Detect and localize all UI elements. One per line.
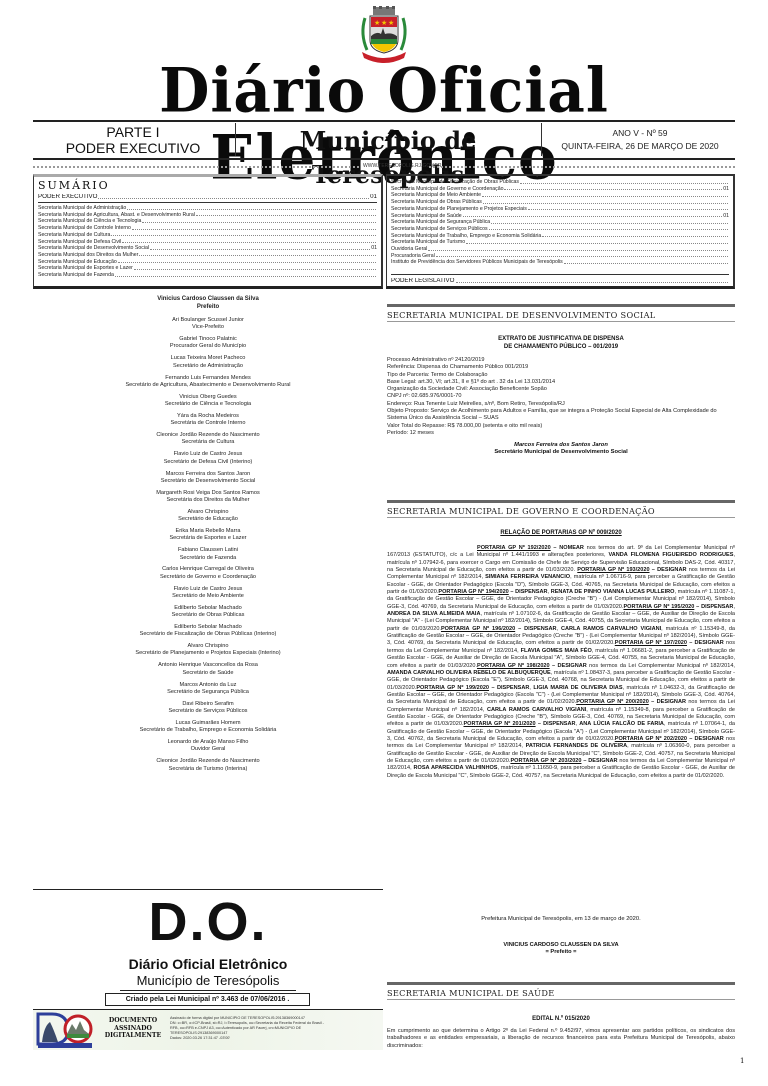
official-entry: Edilberto Sebolar MachadoSecretário de F…: [33, 624, 383, 639]
toc-item[interactable]: Secretaria Municipal de Planejamento e P…: [391, 206, 729, 213]
official-name: Vinicius Cardoso Claussen da Silva: [33, 296, 383, 304]
toc-item-label: Secretaria Municipal de Serviços Público…: [391, 226, 488, 233]
toc-item-label: Secretaria Municipal de Trabalho, Empreg…: [391, 233, 541, 240]
toc-item-label: Secretaria Municipal de Turismo: [391, 239, 465, 246]
header-divider: [235, 123, 236, 156]
toc-item-label: Secretaria Municipal de Educação: [38, 259, 117, 266]
toc-item[interactable]: Secretaria Municipal de Serviços Público…: [391, 226, 729, 233]
edition-number: ANO V - Nº 59: [545, 127, 735, 140]
portaria-action: NOMEAR: [559, 545, 584, 551]
toc-item-label: Secretaria Municipal de Defesa Civil: [38, 239, 121, 246]
official-name: Leonardo de Araújo Manso Filho: [33, 739, 383, 746]
official-entry: Cleonice Jordão Rezende do NascimentoSec…: [33, 758, 383, 773]
official-entry: Davi Ribeiro SerafimSecretário de Serviç…: [33, 701, 383, 716]
doc-title-social: EXTRATO DE JUSTIFICATIVA DE DISPENSA DE …: [387, 336, 735, 351]
official-role: Secretário de Defesa Civil (Interino): [33, 459, 383, 466]
official-role: Secretário de Ciência e Tecnologia: [33, 401, 383, 408]
official-role: Secretário de Meio Ambiente: [33, 593, 383, 600]
official-role: Secretário de Planejamento e Projetos Es…: [33, 650, 383, 657]
toc-item-label: Secretaria Municipal de Obras Públicas: [391, 199, 482, 206]
portaria-person: RENATA DE PINHO VIANNA LUCAS PULLEIRO: [551, 589, 675, 595]
toc-item-label: Secretaria Municipal de Segurança Públic…: [391, 219, 490, 226]
toc-item-label: Procuradoria Geral: [391, 253, 435, 260]
edition-date: QUINTA-FEIRA, 26 DE MARÇO DE 2020: [545, 140, 735, 153]
toc-item-label: Secretaria Municipal de Fazenda: [38, 272, 114, 279]
portaria-action: DISPENSAR: [515, 589, 547, 595]
toc-item[interactable]: Secretaria Municipal de Trabalho, Empreg…: [391, 233, 729, 240]
toc-item-label: Secretaria Municipal de Ciência e Tecnol…: [38, 218, 141, 225]
extract-line: Processo Administrativo nº 24120/2019: [387, 357, 735, 364]
official-entry: Vinicius Oberg GuedesSecretário de Ciênc…: [33, 394, 383, 409]
do-divider: [33, 889, 383, 890]
official-name: Vinicius Oberg Guedes: [33, 394, 383, 401]
portaria-person: AMANDA CARVALHO OLIVEIRA REBELO DE ALBUQ…: [387, 670, 551, 676]
official-entry: Ari Boulanger Scussel JuniorVice-Prefeit…: [33, 317, 383, 332]
mayor-signature: VINICIUS CARDOSO CLAUSSEN DA SILVA = Pre…: [387, 942, 735, 956]
portaria-person: ANDREA DA SILVA ALMEIDA MAIA: [387, 611, 480, 617]
toc-item-label: Secretaria Municipal de Governo e Coorde…: [391, 186, 503, 193]
official-role: Secretária de Controle Interno: [33, 420, 383, 427]
toc-item[interactable]: Secretaria Municipal de Turismo: [391, 239, 729, 246]
portaria-dash: –: [551, 545, 560, 551]
official-name: Marcos Ferreira dos Santos Jaron: [33, 471, 383, 478]
official-name: Carlos Henrique Carregal de Oliveira: [33, 566, 383, 573]
extract-line: Tipo de Parceria: Termo de Colaboração: [387, 372, 735, 379]
official-entry: Fabiano Claussen LatiniSecretário de Faz…: [33, 547, 383, 562]
header-bottom-rule: [33, 158, 735, 160]
official-name: Gabriel Tinoco Palatnic: [33, 336, 383, 343]
do-logo: D.O.: [33, 892, 383, 952]
portaria-action: DESIGNAR: [588, 758, 617, 764]
extract-line: CNPJ nº: 02.685.976/0001-70: [387, 393, 735, 400]
toc-item-label: Secretaria Municipal de Controle Interno: [38, 225, 131, 232]
social-extract-body: Processo Administrativo nº 24120/2019Ref…: [387, 357, 735, 437]
toc-item[interactable]: Secretaria Municipal de Defesa Civil: [38, 239, 377, 246]
portaria-ref[interactable]: PORTARIA GP Nº 203/2020: [510, 758, 581, 764]
official-name: Edilberto Sebolar Machado: [33, 624, 383, 631]
doc-title-governo: RELAÇÃO DE PORTARIAS GP Nº 009/2020: [387, 530, 735, 538]
portaria-action: DISPENSAR: [543, 721, 575, 727]
toc-item-page: 01: [723, 213, 729, 220]
official-name: Davi Ribeiro Serafim: [33, 701, 383, 708]
official-entry: Fernando Luis Fernandes MendesSecretário…: [33, 375, 383, 390]
official-entry: Erika Maria Rebello MarraSecretária de E…: [33, 528, 383, 543]
toc-item-label: Secretaria Municipal de Agricultura, Aba…: [38, 212, 195, 219]
toc-item[interactable]: Secretaria Municipal de Esportes e Lazer: [38, 265, 377, 272]
edital-title: EDITAL N.º 015/2020: [387, 1016, 735, 1022]
toc-divider: [38, 202, 377, 203]
toc-item[interactable]: Secretaria Municipal de Cultura: [38, 232, 377, 239]
official-entry: Yára da Rocha MedeirosSecretária de Cont…: [33, 413, 383, 428]
portaria-ref[interactable]: PORTARIA GP Nº 192/2020: [477, 545, 551, 551]
official-entry: Gabriel Tinoco PalatnicProcurador Geral …: [33, 336, 383, 351]
summary-left: SUMÁRIO PODER EXECUTIVO01 Secretaria Mun…: [33, 174, 383, 289]
section-bar: [387, 500, 735, 503]
toc-item[interactable]: Secretaria Municipal de Fiscalização de …: [391, 179, 729, 186]
portarias-body: PORTARIA GP Nº 192/2020 – NOMEAR nos ter…: [387, 545, 735, 780]
toc-item-label: Secretaria Municipal de Desenvolvimento …: [38, 245, 149, 252]
official-name: Alvaro Chrispino: [33, 643, 383, 650]
portaria-person: SIMIANA FERREIRA VENANCIO: [485, 574, 570, 580]
toc-item[interactable]: Secretaria Municipal de Desenvolvimento …: [38, 245, 377, 252]
toc-item[interactable]: Secretaria Municipal de Meio Ambiente: [391, 192, 729, 199]
toc-item-label: Secretaria Municipal de Administração: [38, 205, 126, 212]
extract-line: Referência: Dispensa do Chamamento Públi…: [387, 364, 735, 371]
portaria-action: DESIGNAR: [557, 663, 586, 669]
official-name: Flavio Luiz de Castro Jesus: [33, 586, 383, 593]
official-role: Vice-Prefeito: [33, 324, 383, 331]
official-entry: Vinicius Cardoso Claussen da SilvaPrefei…: [33, 296, 383, 311]
portaria-dash: –: [687, 640, 695, 646]
toc-item[interactable]: Secretaria Municipal de Controle Interno: [38, 225, 377, 232]
toc-item-label: Secretaria Municipal de Meio Ambiente: [391, 192, 481, 199]
website-link[interactable]: WWW.TERESOPOLIS.RJ.GOV.BR: [363, 163, 425, 169]
portaria-ref[interactable]: PORTARIA GP Nº 194/2020: [438, 589, 508, 595]
summary-right: Secretaria Municipal de Fiscalização de …: [386, 174, 735, 289]
page-number: 1: [740, 1057, 744, 1065]
extract-line: Endereço: Rua Tenente Luiz Meirelles, s/…: [387, 401, 735, 408]
toc-item[interactable]: Procuradoria Geral: [391, 253, 729, 260]
official-entry: Lucas Teixeira Moret PachecoSecretário d…: [33, 355, 383, 370]
portaria-ref[interactable]: PORTARIA GP Nº 195/2020: [623, 604, 694, 610]
portaria-dash: –: [649, 699, 657, 705]
toc-item[interactable]: Secretaria Municipal de Governo e Coorde…: [391, 186, 729, 193]
toc-item[interactable]: Instituto de Previdência dos Servidores …: [391, 259, 729, 266]
official-name: Edilberto Sebolar Machado: [33, 605, 383, 612]
do-subtitle: Município de Teresópolis: [33, 973, 383, 989]
toc-item[interactable]: Secretaria Municipal de Administração: [38, 205, 377, 212]
toc-executive[interactable]: PODER EXECUTIVO01: [38, 194, 377, 201]
toc-item-label: Secretaria Municipal de Planejamento e P…: [391, 206, 527, 213]
portaria-action: DISPENSAR: [497, 685, 529, 691]
portaria-action: DESIGNAR: [657, 699, 686, 705]
official-role: Secretário de Desenvolvimento Social: [33, 478, 383, 485]
section-title-saude: SECRETARIA MUNICIPAL DE SAÚDE: [387, 988, 735, 999]
header-divider: [541, 123, 542, 156]
edital-body: Em cumprimento ao que determina o Artigo…: [387, 1028, 735, 1050]
official-role: Secretário de Fiscalização de Obras Públ…: [33, 631, 383, 638]
section-title-governo: SECRETARIA MUNICIPAL DE GOVERNO E COORDE…: [387, 506, 735, 517]
official-role: Secretário de Educação: [33, 516, 383, 523]
toc-item[interactable]: Secretaria Municipal de Educação: [38, 259, 377, 266]
official-entry: Marcos Antonio da LuzSecretário de Segur…: [33, 682, 383, 697]
official-entry: Lucas Guimarães HomemSecretário de Traba…: [33, 720, 383, 735]
portaria-person: PATRICIA FERNANDES DE OLIVEIRA: [526, 743, 628, 749]
toc-legislative[interactable]: PODER LEGISLATIVO: [391, 278, 729, 285]
official-role: Prefeito: [33, 304, 383, 312]
official-entry: Alvaro ChrispinoSecretário de Planejamen…: [33, 643, 383, 658]
officials-list: Vinicius Cardoso Claussen da SilvaPrefei…: [33, 296, 383, 778]
official-entry: Leonardo de Araújo Manso FilhoOuvidor Ge…: [33, 739, 383, 754]
official-entry: Cleonice Jordão Rezende do NascimentoSec…: [33, 432, 383, 447]
social-signer: Marcos Ferreira dos Santos Jaron Secretá…: [387, 442, 735, 457]
svg-text:★: ★: [388, 19, 394, 27]
official-name: Margareth Rosi Veiga Dos Santos Ramos: [33, 490, 383, 497]
place-date: Prefeitura Municipal de Teresópolis, em …: [387, 916, 735, 922]
section-underline: [387, 321, 735, 322]
portaria-action: DESIGNAR: [695, 640, 724, 646]
official-entry: Marcos Ferreira dos Santos JaronSecretár…: [33, 471, 383, 486]
svg-text:★: ★: [374, 19, 380, 27]
official-name: Flavio Luiz de Castro Jesus: [33, 451, 383, 458]
official-role: Ouvidor Geral: [33, 746, 383, 753]
do-law-box: Criado pela Lei Municipal nº 3.463 de 07…: [105, 993, 310, 1006]
official-role: Procurador Geral do Município: [33, 343, 383, 350]
official-role: Secretário de Trabalho, Emprego e Econom…: [33, 727, 383, 734]
official-role: Secretário de Fazenda: [33, 555, 383, 562]
toc-item-label: Secretaria Municipal dos Direitos da Mul…: [38, 252, 138, 259]
portaria-ref[interactable]: PORTARIA GP Nº 196/2020: [441, 626, 515, 632]
portaria-action: DISPENSAR: [701, 604, 733, 610]
section-underline: [387, 999, 735, 1000]
portaria-person: ANA LÚCIA FALCÃO DE FARIA: [579, 721, 664, 727]
official-name: Alvaro Chrispino: [33, 509, 383, 516]
official-role: Secretário de Obras Públicas: [33, 612, 383, 619]
section-bar: [387, 304, 735, 307]
do-subtitle-underline: [120, 990, 296, 991]
signature-details: Assinado de forma digital por MUNICIPIO …: [170, 1016, 382, 1041]
portaria-ref[interactable]: PORTARIA GP Nº 193/2020: [577, 567, 649, 573]
official-role: Secretária de Esportes e Lazer: [33, 535, 383, 542]
section-bar: [387, 982, 735, 985]
portaria-text: nos termos da Lei Complementar Municipal…: [587, 663, 735, 669]
official-role: Secretária de Cultura: [33, 439, 383, 446]
portaria-action: DESIGNAR: [695, 736, 724, 742]
official-name: Antonio Henrique Vasconcellos da Rosa: [33, 662, 383, 669]
toc-item[interactable]: Secretaria Municipal de Fazenda: [38, 272, 377, 279]
official-entry: Flavio Luiz de Castro JesusSecretário de…: [33, 586, 383, 601]
portaria-dash: –: [536, 721, 544, 727]
summary-title: SUMÁRIO: [38, 179, 110, 192]
extract-line: Base Legal: art.30, VI; art.31, II e §1º…: [387, 379, 735, 386]
toc-item-label: Secretaria Municipal de Saúde: [391, 213, 462, 220]
part-number: PARTE I: [33, 124, 233, 140]
do-badge-icon: [36, 1012, 94, 1049]
do-title: Diário Oficial Eletrônico: [33, 956, 383, 972]
portaria-ref[interactable]: PORTARIA GP Nº 197/2020: [615, 640, 687, 646]
portaria-ref[interactable]: PORTARIA GP Nº 200/2020: [576, 699, 649, 705]
toc-item-page: 01: [723, 186, 729, 193]
toc-divider: [391, 274, 729, 275]
toc-item-label: Instituto de Previdência dos Servidores …: [391, 259, 563, 266]
portaria-person: LIGIA MARIA DE OLIVEIRA DIAS: [533, 685, 622, 691]
portaria-ref[interactable]: PORTARIA GP Nº 202/2020: [615, 736, 687, 742]
power-label: PODER EXECUTIVO: [33, 140, 233, 156]
portaria-dash: –: [489, 685, 497, 691]
portaria-person: FLAVIA GOMES MAIA FÉO: [521, 648, 592, 654]
toc-item-label: Ouvidoria Geral: [391, 246, 427, 253]
toc-item[interactable]: Secretaria Municipal de Segurança Públic…: [391, 219, 729, 226]
official-role: Secretária de Turismo (Interina): [33, 766, 383, 773]
website-row: WWW.TERESOPOLIS.RJ.GOV.BR: [33, 163, 735, 171]
toc-item[interactable]: Secretaria Municipal dos Direitos da Mul…: [38, 252, 377, 259]
signed-stamp: DOCUMENTO ASSINADO DIGITALMENTE: [96, 1017, 170, 1040]
official-role: Secretário de Saúde: [33, 670, 383, 677]
toc-item[interactable]: Secretaria Municipal de Obras Públicas: [391, 199, 729, 206]
official-entry: Antonio Henrique Vasconcellos da RosaSec…: [33, 662, 383, 677]
toc-item-label: Secretaria Municipal de Cultura: [38, 232, 110, 239]
official-entry: Flavio Luiz de Castro JesusSecretário de…: [33, 451, 383, 466]
official-name: Fernando Luis Fernandes Mendes: [33, 375, 383, 382]
extract-line: Período: 12 meses: [387, 430, 735, 437]
section-underline: [387, 517, 735, 518]
toc-item-page: 01: [371, 245, 377, 252]
toc-item[interactable]: Ouvidoria Geral: [391, 246, 729, 253]
official-name: Fabiano Claussen Latini: [33, 547, 383, 554]
extract-line: Valor Total do Repasse: R$ 78.000,00 (se…: [387, 423, 735, 430]
official-name: Cleonice Jordão Rezende do Nascimento: [33, 758, 383, 765]
portaria-action: DESIGNAR: [657, 567, 686, 573]
portaria-person: ROSA APARECIDA VALHINHOS: [414, 765, 498, 771]
svg-text:★: ★: [381, 19, 387, 27]
official-role: Secretário de Agricultura, Abastecimento…: [33, 382, 383, 389]
official-name: Erika Maria Rebello Marra: [33, 528, 383, 535]
official-role: Secretária dos Direitos da Mulher: [33, 497, 383, 504]
official-entry: Margareth Rosi Veiga Dos Santos RamosSec…: [33, 490, 383, 505]
header-top-rule: [33, 120, 735, 122]
official-name: Yára da Rocha Medeiros: [33, 413, 383, 420]
official-role: Secretário de Administração: [33, 363, 383, 370]
portaria-text: ,: [733, 604, 735, 610]
portaria-ref[interactable]: PORTARIA GP Nº 198/2020: [477, 663, 550, 669]
edition-info: ANO V - Nº 59 QUINTA-FEIRA, 26 DE MARÇO …: [545, 127, 735, 153]
section-title-social: SECRETARIA MUNICIPAL DE DESENVOLVIMENTO …: [387, 310, 735, 321]
official-name: Marcos Antonio da Luz: [33, 682, 383, 689]
official-role: Secretário de Segurança Pública: [33, 689, 383, 696]
portaria-person: VANDA FILOMENA FIGUEIREDO RODRIGUES: [608, 552, 733, 558]
toc-item-label: Secretaria Municipal de Esportes e Lazer: [38, 265, 133, 272]
official-entry: Edilberto Sebolar MachadoSecretário de O…: [33, 605, 383, 620]
toc-item[interactable]: Secretaria Municipal de Agricultura, Aba…: [38, 212, 377, 219]
toc-item[interactable]: Secretaria Municipal de Saúde01: [391, 213, 729, 220]
portaria-ref[interactable]: PORTARIA GP Nº 199/2020: [416, 685, 489, 691]
official-entry: Carlos Henrique Carregal de OliveiraSecr…: [33, 566, 383, 581]
official-entry: Alvaro ChrispinoSecretário de Educação: [33, 509, 383, 524]
portaria-person: CARLA RAMOS CARVALHO VIGIANI: [487, 707, 586, 713]
portaria-person: CARLA RAMOS CARVALHO VIGIANI: [561, 626, 661, 632]
portaria-action: DISPENSAR: [524, 626, 556, 632]
official-name: Ari Boulanger Scussel Junior: [33, 317, 383, 324]
part-label: PARTE I PODER EXECUTIVO: [33, 124, 233, 156]
official-name: Lucas Teixeira Moret Pacheco: [33, 355, 383, 362]
portaria-dash: –: [515, 626, 524, 632]
official-name: Lucas Guimarães Homem: [33, 720, 383, 727]
official-role: Secretário de Serviços Públicos: [33, 708, 383, 715]
official-name: Cleonice Jordão Rezende do Nascimento: [33, 432, 383, 439]
portaria-ref[interactable]: PORTARIA GP Nº 201/2020: [463, 721, 535, 727]
portaria-dash: –: [687, 736, 695, 742]
official-role: Secretário de Governo e Coordenação: [33, 574, 383, 581]
toc-item[interactable]: Secretaria Municipal de Ciência e Tecnol…: [38, 218, 377, 225]
toc-item-label: Secretaria Municipal de Fiscalização de …: [391, 179, 519, 186]
extract-line: Objeto Proposto: Serviço de Acolhimento …: [387, 408, 735, 423]
